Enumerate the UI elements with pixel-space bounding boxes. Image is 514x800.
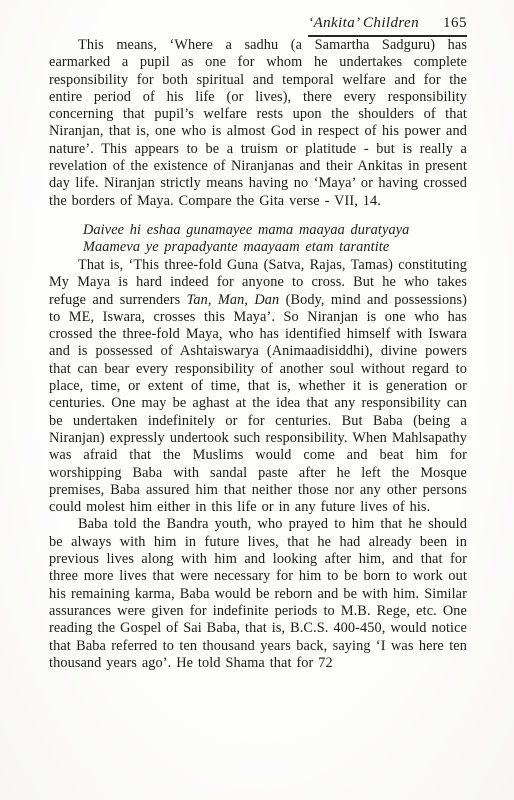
header-underline: ‘Ankita’ Children165 <box>308 13 467 37</box>
verse-line-2: Maameva ye prapadyante maayaam etam tara… <box>83 239 467 257</box>
page-number: 165 <box>443 15 467 31</box>
book-page: ‘Ankita’ Children165 This means, ‘Where … <box>0 0 514 800</box>
paragraph-2: That is, ‘This three-fold Guna (Satva, R… <box>49 257 467 516</box>
running-header-title: ‘Ankita’ Children <box>308 15 419 31</box>
paragraph-1: This means, ‘Where a sadhu (a Samartha S… <box>49 37 467 210</box>
paragraph-2-text-b: (Body, mind and possessions) to ME, Iswa… <box>49 292 467 516</box>
page-body-text: This means, ‘Where a sadhu (a Samartha S… <box>49 37 467 672</box>
gita-verse: Daivee hi eshaa gunamayee mama maayaa du… <box>83 222 467 257</box>
verse-line-1: Daivee hi eshaa gunamayee mama maayaa du… <box>83 222 467 240</box>
running-header: ‘Ankita’ Children165 <box>49 13 467 37</box>
paragraph-2-italic-phrase: Tan, Man, Dan <box>187 292 280 308</box>
paragraph-3: Baba told the Bandra youth, who prayed t… <box>49 516 467 672</box>
